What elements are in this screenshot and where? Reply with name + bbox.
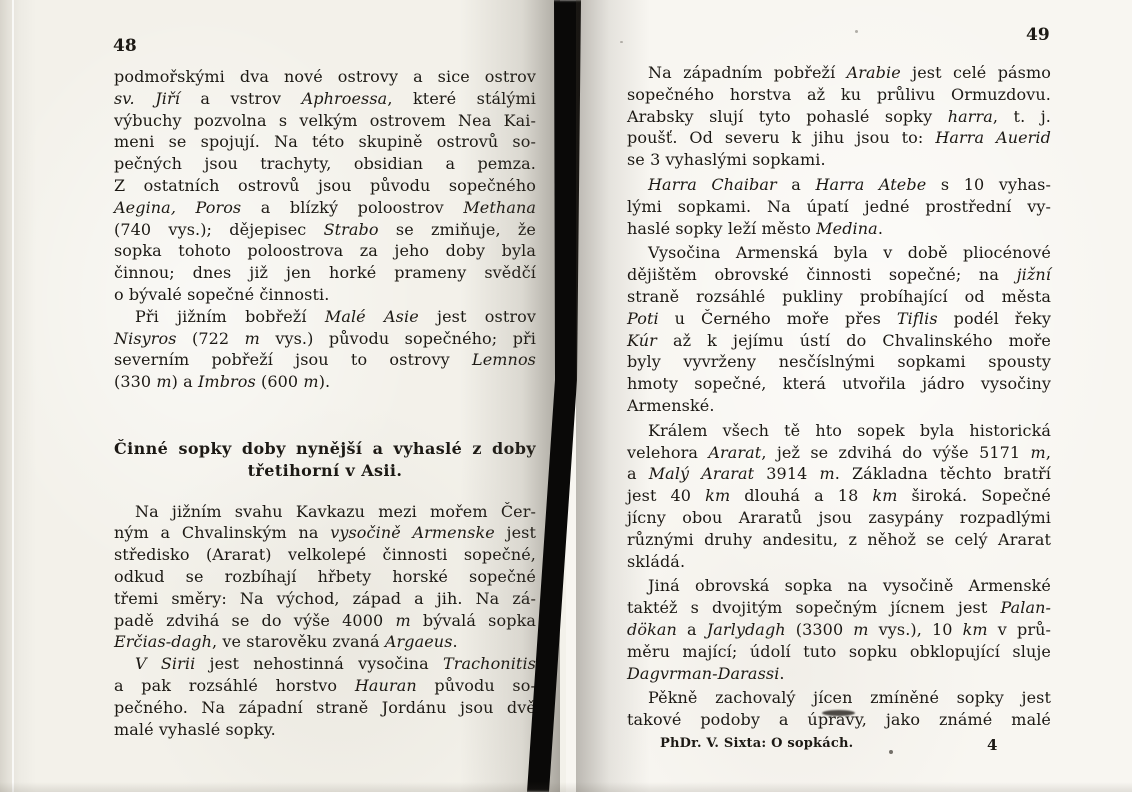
text-line: poušť. Od severu k jihu jsou to: Harra A…: [627, 127, 1051, 149]
text-line: dökan a Jarlydagh (3300 m vys.), 10 km v…: [627, 619, 1051, 641]
text-line: Harra Chaibar a Harra Atebe s 10 vyhas-: [627, 174, 1051, 196]
text-line: sopečného horstva až ku průlivu Ormuzdov…: [627, 84, 1051, 106]
text-line: jícny obou Araratů jsou zasypány rozpadl…: [627, 507, 1051, 529]
right-page-text: Na západním pobřeží Arabie jest celé pás…: [627, 62, 1051, 731]
page-number-right: 49: [1026, 25, 1050, 45]
text-line: Vysočina Armenská byla v době pliocénové: [627, 242, 1051, 264]
paragraph: Na západním pobřeží Arabie jest celé pás…: [627, 62, 1051, 171]
paragraph: Králem všech tě hto sopek byla historick…: [627, 420, 1051, 573]
page-footer: PhDr. V. Sixta: O sopkách. 4: [627, 736, 1051, 751]
page-edge-line: [12, 0, 14, 792]
bottom-edge-shadow: [0, 782, 1132, 792]
text-line: Jiná obrovská sopka na vysočině Armenské: [627, 575, 1051, 597]
text-line: Pěkně zachovalý jícen zmíněné sopky jest: [627, 687, 1051, 709]
gutter-shadow-right: [576, 0, 650, 792]
page-number-left: 48: [113, 36, 137, 56]
text-line: Na západním pobřeží Arabie jest celé pás…: [627, 62, 1051, 84]
paragraph: Vysočina Armenská byla v době pliocénové…: [627, 242, 1051, 416]
ink-smudge: [822, 710, 855, 716]
dust-speck: [855, 30, 858, 33]
text-line: různými druhy andesitu, z něhož se celý …: [627, 529, 1051, 551]
text-line: straně rozsáhlé pukliny probíhající od m…: [627, 286, 1051, 308]
text-line: Armenské.: [627, 395, 1051, 417]
text-line: a Malý Ararat 3914 m. Základna těchto br…: [627, 463, 1051, 485]
text-line: velehora Ararat, jež se zdvihá do výše 5…: [627, 442, 1051, 464]
text-line: jest 40 km dlouhá a 18 km široká. Sopečn…: [627, 485, 1051, 507]
text-line: hmoty sopečné, která utvořila jádro vyso…: [627, 373, 1051, 395]
right-page: 49 Na západním pobřeží Arabie jest celé …: [566, 0, 1132, 792]
book-spread: 48 podmořskými dva nové ostrovy a sice o…: [0, 0, 1132, 792]
text-line: Dagvrman-Darassi.: [627, 663, 1051, 685]
text-line: skládá.: [627, 551, 1051, 573]
text-line: se 3 vyhaslými sopkami.: [627, 149, 1051, 171]
paragraph: Harra Chaibar a Harra Atebe s 10 vyhas-l…: [627, 174, 1051, 239]
dust-speck: [620, 41, 623, 43]
text-line: Králem všech tě hto sopek byla historick…: [627, 420, 1051, 442]
text-line: lými sopkami. Na úpatí jedné prostřední …: [627, 196, 1051, 218]
text-line: taktéž s dvojitým sopečným jícnem jest P…: [627, 597, 1051, 619]
text-line: haslé sopky leží město Medina.: [627, 218, 1051, 240]
text-line: Kúr až k jejímu ústí do Chvalinského moř…: [627, 330, 1051, 352]
text-line: měru mající; údolí tuto sopku obklopujíc…: [627, 641, 1051, 663]
text-line: byly vyvrženy nesčíslnými sopkami spoust…: [627, 351, 1051, 373]
text-line: Poti u Černého moře přes Tiflis podél ře…: [627, 308, 1051, 330]
book-left-edge: [0, 0, 36, 792]
footer-signature: PhDr. V. Sixta: O sopkách.: [660, 736, 853, 751]
paragraph: Jiná obrovská sopka na vysočině Armenské…: [627, 575, 1051, 684]
dust-speck: [889, 750, 893, 754]
text-line: dějištěm obrovské činnosti sopečné; na j…: [627, 264, 1051, 286]
text-line: Arabsky slují tyto pohaslé sopky harra, …: [627, 106, 1051, 128]
footer-sheet-number: 4: [987, 736, 998, 754]
